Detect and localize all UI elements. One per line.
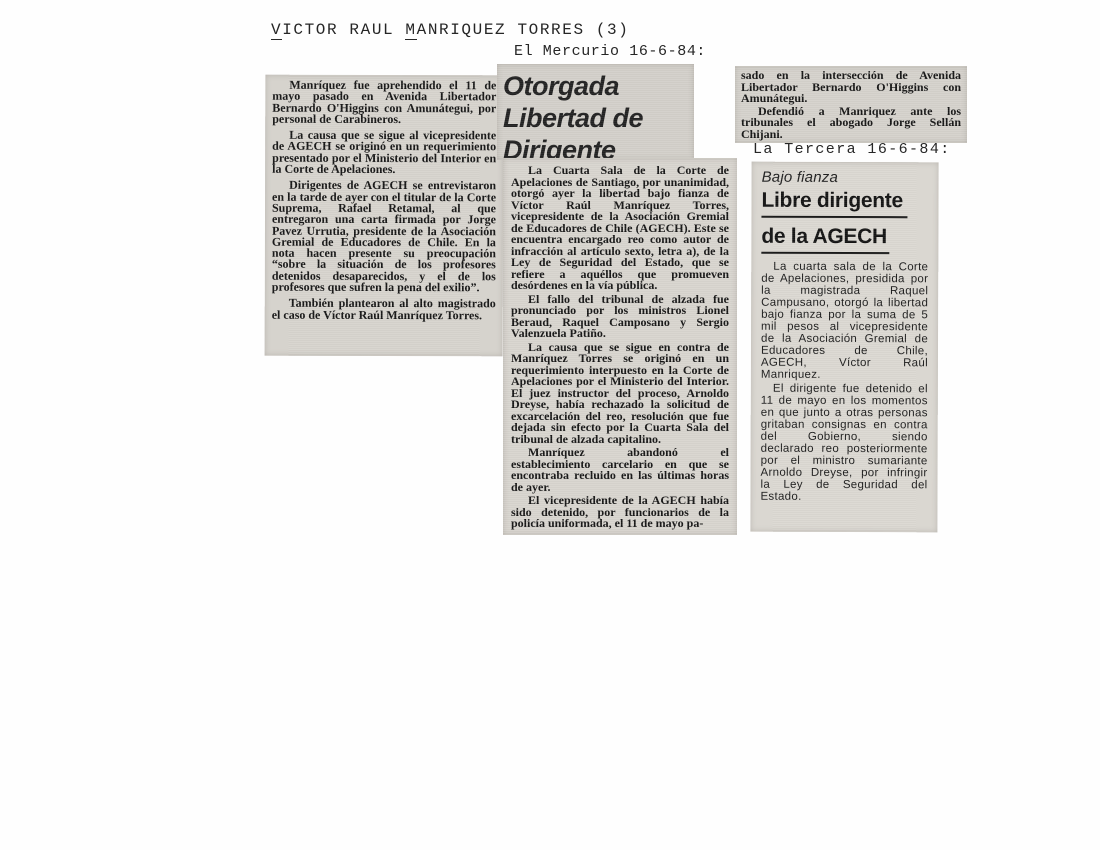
article-headline: Otorgada Libertad de Dirigente <box>497 64 673 166</box>
article-paragraph: Defendió a Manriquez ante los tribunales… <box>741 106 961 141</box>
article-text-column: sado en la intersección de Avenida Liber… <box>741 70 961 140</box>
clipping-mercurio-left-column: Manríquez fue aprehendido el 11 de mayo … <box>265 75 504 357</box>
article-paragraph: El fallo del tribunal de alzada fue pron… <box>511 294 729 340</box>
article-headline-line1: Libre dirigente <box>761 189 928 213</box>
article-paragraph: El dirigente fue detenido el 11 de mayo … <box>760 383 927 504</box>
headline-rule <box>761 216 907 219</box>
article-text-column: La Cuarta Sala de la Corte de Apelacione… <box>511 165 729 530</box>
article-headline-line2: de la AGECH <box>761 225 928 249</box>
page-title-part: ANRIQUEZ TORRES (3) <box>417 21 630 39</box>
clipping-mercurio-right-column: sado en la intersección de Avenida Liber… <box>735 66 967 143</box>
article-text-column: La cuarta sala de la Corte de Apelacione… <box>760 261 928 504</box>
clipping-mercurio-headline: Otorgada Libertad de Dirigente <box>497 64 694 160</box>
article-text-column: Manríquez fue aprehendido el 11 de mayo … <box>272 80 497 322</box>
scanned-press-clippings-page: VICTOR RAUL MANRIQUEZ TORRES (3) El Merc… <box>0 0 1100 850</box>
article-paragraph: sado en la intersección de Avenida Liber… <box>741 70 961 105</box>
source-label-la-tercera: La Tercera 16-6-84: <box>753 141 951 158</box>
page-title-part: V <box>271 21 282 40</box>
article-paragraph: Manríquez abandonó el establecimiento ca… <box>511 447 729 493</box>
article-paragraph: La cuarta sala de la Corte de Apelacione… <box>761 261 928 382</box>
page-title: VICTOR RAUL MANRIQUEZ TORRES (3) <box>271 21 629 39</box>
article-paragraph: El vicepresidente de la AGECH había sido… <box>511 495 729 530</box>
article-paragraph: La Cuarta Sala de la Corte de Apelacione… <box>511 165 729 292</box>
page-title-part: ICTOR RAUL <box>282 21 405 39</box>
article-paragraph: Manríquez fue aprehendido el 11 de mayo … <box>272 80 496 126</box>
article-paragraph: La causa que se sigue en contra de Manrí… <box>511 342 729 446</box>
clipping-mercurio-body-column: La Cuarta Sala de la Corte de Apelacione… <box>503 158 737 535</box>
source-label-el-mercurio: El Mercurio 16-6-84: <box>514 43 706 60</box>
article-kicker: Bajo fianza <box>762 169 929 187</box>
headline-rule <box>761 252 889 254</box>
article-paragraph: También plantearon al alto magistrado el… <box>272 298 496 321</box>
clipping-tercera: Bajo fianza Libre dirigente de la AGECH … <box>750 162 938 533</box>
article-paragraph: Dirigentes de AGECH se entrevistaron en … <box>272 180 496 294</box>
page-title-part: M <box>405 21 416 40</box>
article-paragraph: La causa que se sigue al vicepresidente … <box>272 130 496 176</box>
